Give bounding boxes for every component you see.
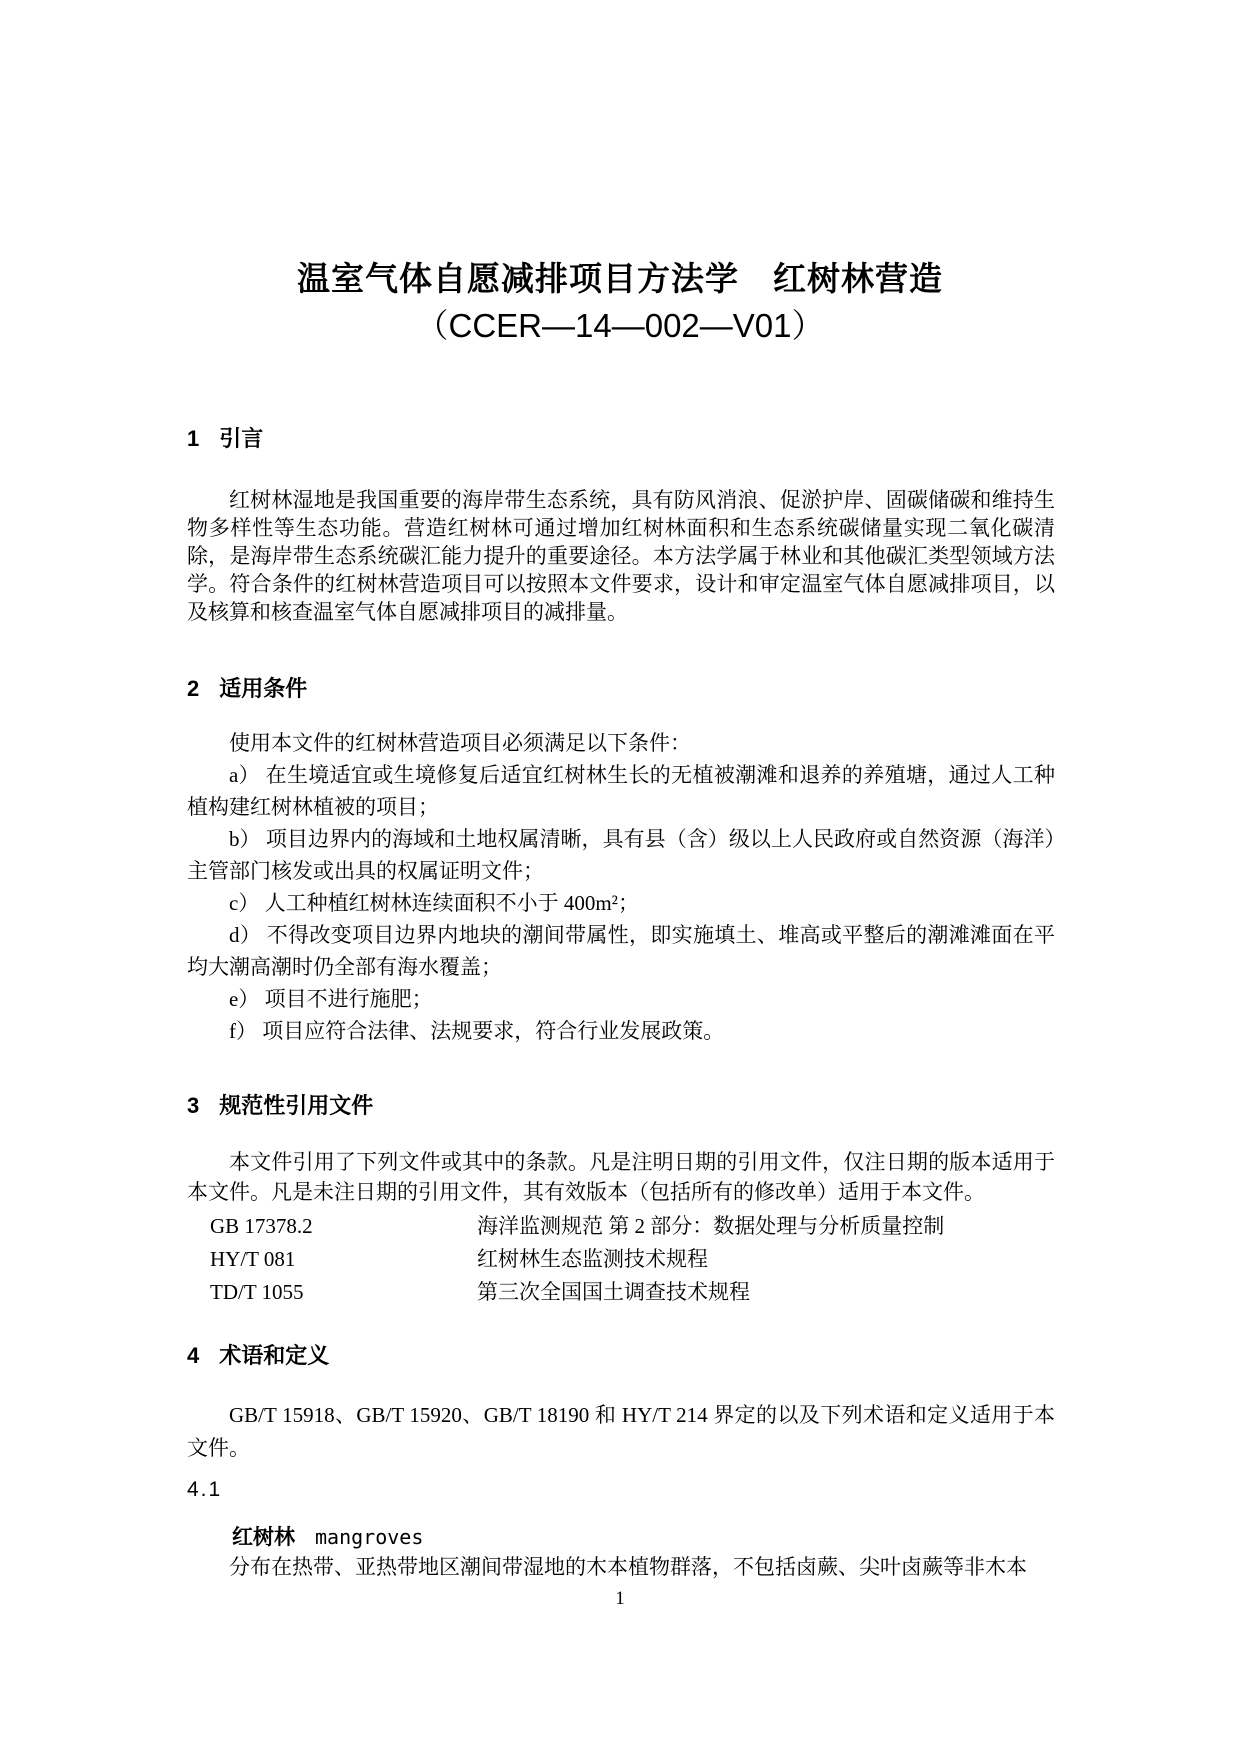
condition-item-d: d） 不得改变项目边界内地块的潮间带属性，即实施填土、堆高或平整后的潮滩滩面在平… [187, 919, 1055, 983]
term-english: mangroves [315, 1525, 423, 1549]
condition-item-c: c） 人工种植红树林连续面积不小于 400m²； [187, 887, 1055, 919]
section-title: 引言 [219, 426, 263, 451]
section-number: 1 [187, 426, 199, 451]
term-definition: 分布在热带、亚热带地区潮间带湿地的木本植物群落，不包括卤蕨、尖叶卤蕨等非木本 [187, 1552, 1055, 1582]
document-page: 温室气体自愿减排项目方法学 红树林营造 （CCER—14—002—V01） 1引… [0, 0, 1240, 1753]
section-title: 术语和定义 [219, 1343, 329, 1368]
section-title: 规范性引用文件 [219, 1093, 373, 1118]
references-intro: 本文件引用了下列文件或其中的条款。凡是注明日期的引用文件，仅注日期的版本适用于本… [187, 1147, 1055, 1207]
section-heading-applicability: 2适用条件 [187, 674, 1055, 704]
section-number: 2 [187, 676, 199, 701]
section-heading-normative-references: 3规范性引用文件 [187, 1091, 1055, 1121]
section-number: 3 [187, 1093, 199, 1118]
terms-intro: GB/T 15918、GB/T 15920、GB/T 18190 和 HY/T … [187, 1399, 1055, 1465]
reference-row: HY/T 081 红树林生态监测技术规程 [210, 1243, 1078, 1276]
term-entry: 红树林mangroves [187, 1522, 1100, 1553]
condition-item-e: e） 项目不进行施肥； [187, 983, 1055, 1015]
page-number: 1 [0, 1586, 1240, 1612]
condition-item-b: b） 项目边界内的海域和土地权属清晰，具有县（含）级以上人民政府或自然资源（海洋… [187, 823, 1055, 887]
document-title: 温室气体自愿减排项目方法学 红树林营造 [0, 256, 1240, 302]
conditions-intro: 使用本文件的红树林营造项目必须满足以下条件： [187, 727, 1055, 759]
reference-code: GB 17378.2 [210, 1210, 477, 1243]
reference-list: GB 17378.2 海洋监测规范 第 2 部分：数据处理与分析质量控制 HY/… [187, 1210, 1078, 1309]
section-heading-introduction: 1引言 [187, 424, 1055, 454]
section-title: 适用条件 [219, 676, 307, 701]
subsection-number: 4.1 [187, 1475, 1055, 1505]
reference-code: HY/T 081 [210, 1243, 477, 1276]
reference-title: 第三次全国国土调查技术规程 [477, 1276, 1078, 1309]
reference-title: 海洋监测规范 第 2 部分：数据处理与分析质量控制 [477, 1210, 1078, 1243]
condition-item-f: f） 项目应符合法律、法规要求，符合行业发展政策。 [187, 1015, 1055, 1047]
term-chinese: 红树林 [232, 1526, 295, 1549]
reference-title: 红树林生态监测技术规程 [477, 1243, 1078, 1276]
section-heading-terms-definitions: 4术语和定义 [187, 1341, 1055, 1371]
applicability-conditions: 使用本文件的红树林营造项目必须满足以下条件： a） 在生境适宜或生境修复后适宜红… [187, 727, 1055, 1047]
reference-row: GB 17378.2 海洋监测规范 第 2 部分：数据处理与分析质量控制 [210, 1210, 1078, 1243]
condition-item-a: a） 在生境适宜或生境修复后适宜红树林生长的无植被潮滩和退养的养殖塘，通过人工种… [187, 759, 1055, 823]
section-number: 4 [187, 1343, 199, 1368]
reference-row: TD/T 1055 第三次全国国土调查技术规程 [210, 1276, 1078, 1309]
reference-code: TD/T 1055 [210, 1276, 477, 1309]
document-subtitle: （CCER—14—002—V01） [0, 303, 1240, 349]
introduction-paragraph: 红树林湿地是我国重要的海岸带生态系统，具有防风消浪、促淤护岸、固碳储碳和维持生物… [187, 486, 1055, 626]
